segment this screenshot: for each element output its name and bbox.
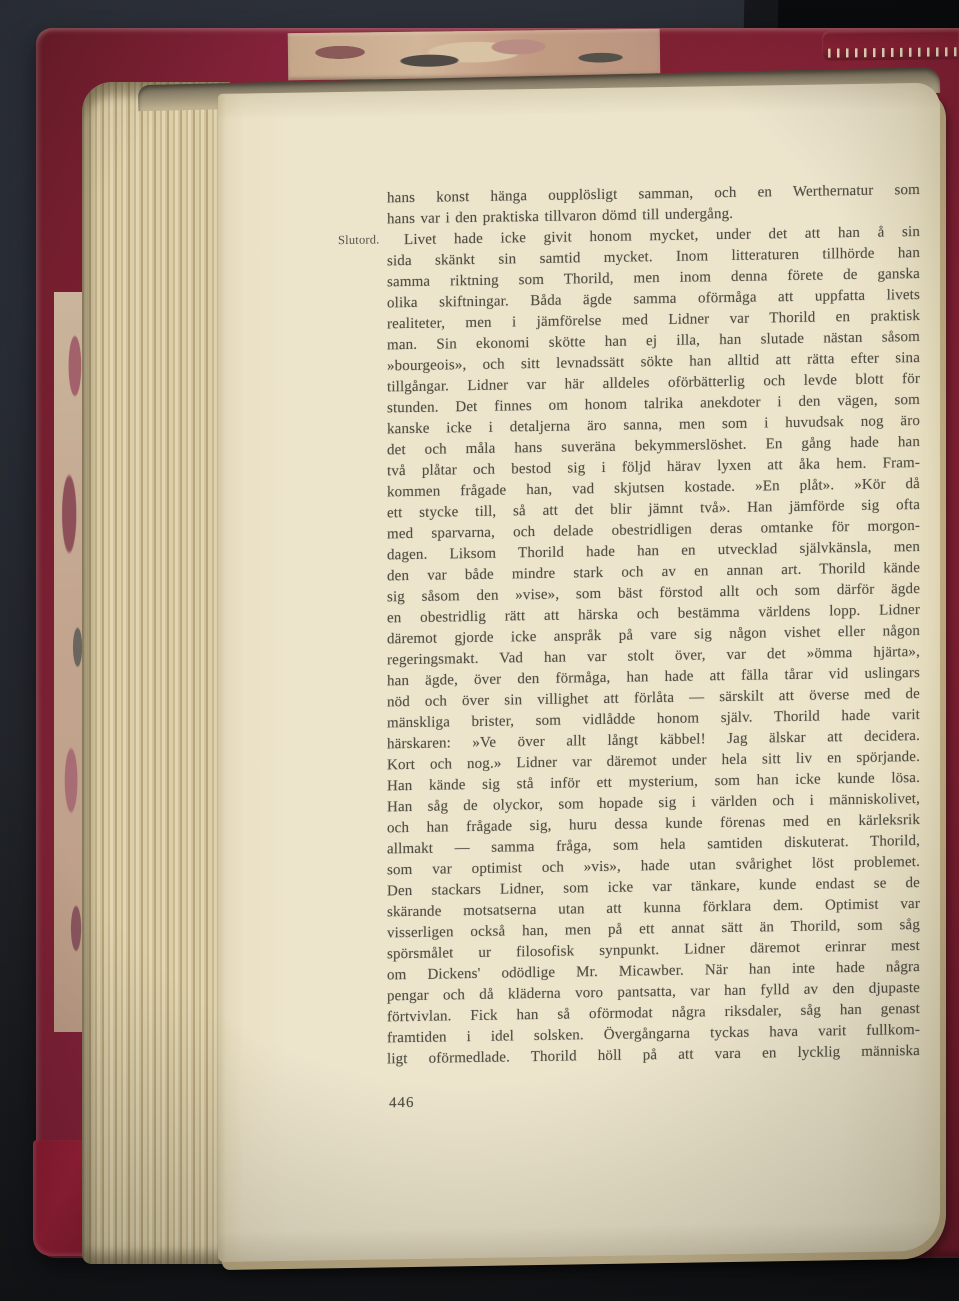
- text-block: hans konst hänga oupplösligt samman, och…: [387, 180, 920, 1070]
- book-page: Slutord. hans konst hänga oupplösligt sa…: [218, 83, 940, 1262]
- cover-marbled-inlay-top: [288, 29, 661, 81]
- page-number: 446: [389, 1095, 415, 1112]
- page-stack-left-edge: [82, 82, 230, 1264]
- margin-note: Slutord.: [338, 232, 380, 248]
- headband-stitching: [822, 29, 959, 60]
- photo-background: Slutord. hans konst hänga oupplösligt sa…: [0, 0, 959, 1301]
